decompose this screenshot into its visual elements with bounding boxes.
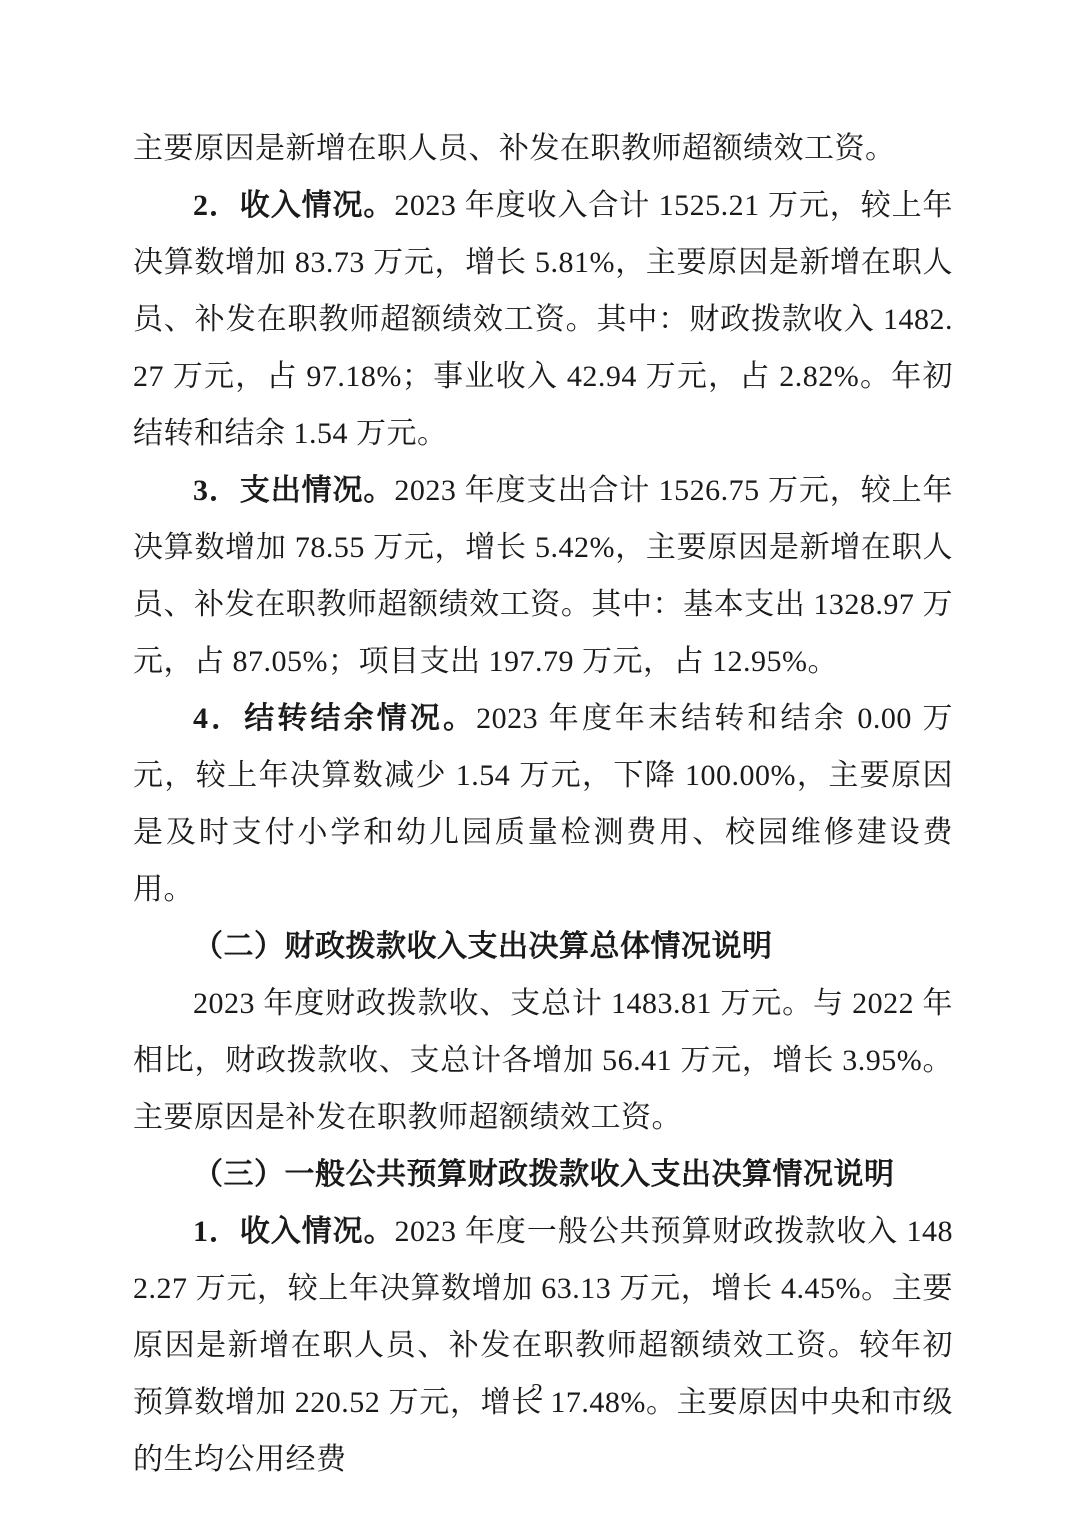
section-heading-fiscal-appropriation: （二）财政拨款收入支出决算总体情况说明 bbox=[133, 918, 953, 975]
paragraph-income: 2．收入情况。2023 年度收入合计 1525.21 万元，较上年决算数增加 8… bbox=[133, 177, 953, 462]
paragraph-fiscal-total: 2023 年度财政拨款收、支总计 1483.81 万元。与 2022 年相比，财… bbox=[133, 975, 953, 1146]
paragraph-text: 2023 年度收入合计 1525.21 万元，较上年决算数增加 83.73 万元… bbox=[133, 189, 953, 450]
paragraph-lead: 1．收入情况。 bbox=[193, 1215, 395, 1248]
paragraph-lead: 2．收入情况。 bbox=[193, 189, 394, 222]
document-body: 主要原因是新增在职人员、补发在职教师超额绩效工资。 2．收入情况。2023 年度… bbox=[133, 120, 953, 1488]
paragraph-lead: 3．支出情况。 bbox=[193, 474, 394, 507]
paragraph-expenditure: 3．支出情况。2023 年度支出合计 1526.75 万元，较上年决算数增加 7… bbox=[133, 462, 953, 690]
paragraph-text: 主要原因是新增在职人员、补发在职教师超额绩效工资。 bbox=[133, 132, 896, 165]
paragraph-lead: 4．结转结余情况。 bbox=[193, 702, 476, 735]
paragraph-continuation: 主要原因是新增在职人员、补发在职教师超额绩效工资。 bbox=[133, 120, 953, 177]
document-page: 主要原因是新增在职人员、补发在职教师超额绩效工资。 2．收入情况。2023 年度… bbox=[0, 0, 1074, 1520]
paragraph-carryover: 4．结转结余情况。2023 年度年末结转和结余 0.00 万元，较上年决算数减少… bbox=[133, 690, 953, 918]
paragraph-text: 2023 年度财政拨款收、支总计 1483.81 万元。与 2022 年相比，财… bbox=[133, 987, 953, 1134]
section-heading-text: （三）一般公共预算财政拨款收入支出决算情况说明 bbox=[193, 1158, 895, 1191]
section-heading-general-budget: （三）一般公共预算财政拨款收入支出决算情况说明 bbox=[133, 1146, 953, 1203]
paragraph-text: 2023 年度一般公共预算财政拨款收入 1482.27 万元，较上年决算数增加 … bbox=[133, 1215, 953, 1476]
page-number: 2 bbox=[0, 1378, 1074, 1408]
section-heading-text: （二）财政拨款收入支出决算总体情况说明 bbox=[193, 930, 773, 963]
paragraph-general-budget-income: 1．收入情况。2023 年度一般公共预算财政拨款收入 1482.27 万元，较上… bbox=[133, 1203, 953, 1488]
